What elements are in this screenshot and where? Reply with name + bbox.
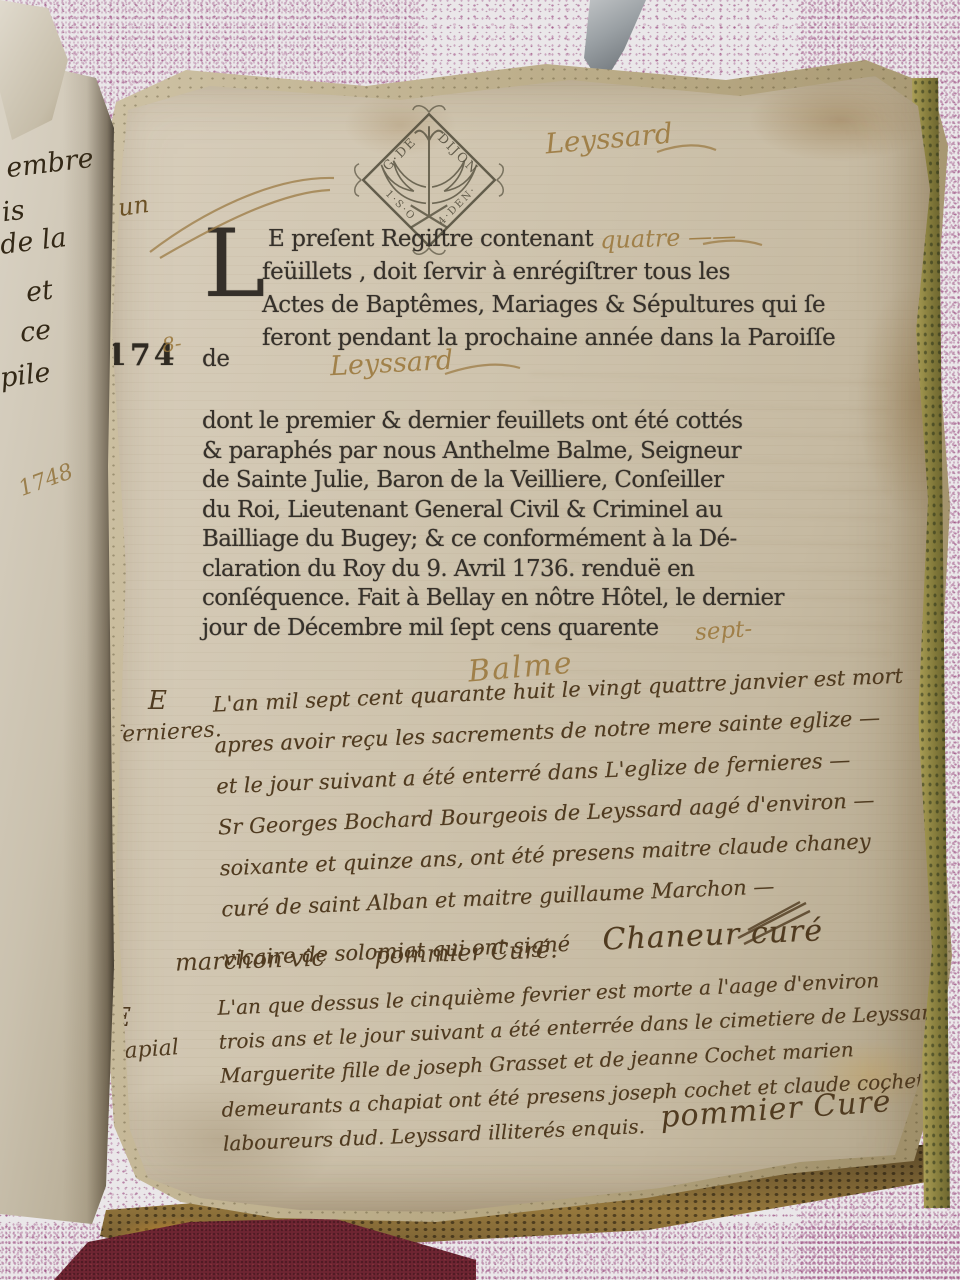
printed-line: E preſent Regiſtre contenant bbox=[268, 226, 593, 252]
stamp-text: 4·DEN· bbox=[437, 184, 480, 227]
previous-page-fragment: is bbox=[0, 195, 26, 229]
header-parish-name: Leyssard bbox=[544, 116, 674, 160]
printed-line: Actes de Baptêmes, Mariages & Sépultures… bbox=[262, 292, 825, 318]
entry1-burial-record: L'an mil sept cent quarante huit le ving… bbox=[212, 664, 914, 980]
printed-line: du Roi, Lieutenant General Civil & Crimi… bbox=[202, 497, 722, 523]
year-word-fill: sept- bbox=[694, 616, 753, 646]
previous-page-fragment: pile bbox=[0, 357, 52, 394]
previous-page-edge: embre is de la et ce pile 1748 bbox=[0, 66, 114, 1234]
photo-of-parish-register: embre is de la et ce pile 1748 G·DE DIJO… bbox=[0, 0, 960, 1280]
printed-line: Bailliage du Bugey; & ce conformément à … bbox=[202, 526, 737, 552]
stamp-text: G·DE bbox=[379, 133, 419, 173]
folio-number-written: 8- bbox=[160, 331, 183, 357]
margin-word-un: un bbox=[116, 190, 151, 222]
printed-line: dont le premier & dernier feuillets ont … bbox=[202, 408, 742, 434]
printed-line: de Sainte Julie, Baron de la Veilliere, … bbox=[202, 467, 723, 493]
printed-line: & paraphés par nous Anthelme Balme, Seig… bbox=[202, 438, 741, 464]
register-page: G·DE DIJON 1·S·O 4·DEN· Leyssard un bbox=[100, 70, 940, 1220]
printed-line: claration du Roy du 9. Avril 1736. rendu… bbox=[202, 556, 694, 582]
printed-line: jour de Décembre mil ſept cens quarente bbox=[202, 615, 659, 641]
previous-page-year-note: 1748 bbox=[15, 459, 76, 502]
previous-page-fragment: ce bbox=[18, 314, 53, 349]
previous-page-fragment: et bbox=[24, 274, 54, 308]
entry1-margin-place: fernieres. bbox=[113, 717, 222, 748]
feuillets-count-fill: quatre —— bbox=[600, 222, 737, 255]
marchon-signature: marchon vic bbox=[175, 943, 326, 976]
printed-line: conſéquence. Fait à Bellay en nôtre Hôte… bbox=[202, 585, 784, 611]
entry2-burial-record: L'an que dessus le cinquième fevrier est… bbox=[217, 964, 960, 1165]
printed-line: feüillets , doit ſervir à enrégiſtrer to… bbox=[262, 259, 730, 285]
parish-name-fill: Leyssard bbox=[329, 345, 454, 382]
previous-page-fragment: de la bbox=[0, 222, 68, 261]
dropcap-L: L bbox=[203, 228, 265, 301]
entry1-margin-initial: E bbox=[148, 686, 167, 716]
previous-page-fragment: embre bbox=[4, 143, 95, 184]
printed-line: feront pendant la prochaine année dans l… bbox=[262, 325, 835, 351]
printed-line: de bbox=[202, 346, 230, 372]
